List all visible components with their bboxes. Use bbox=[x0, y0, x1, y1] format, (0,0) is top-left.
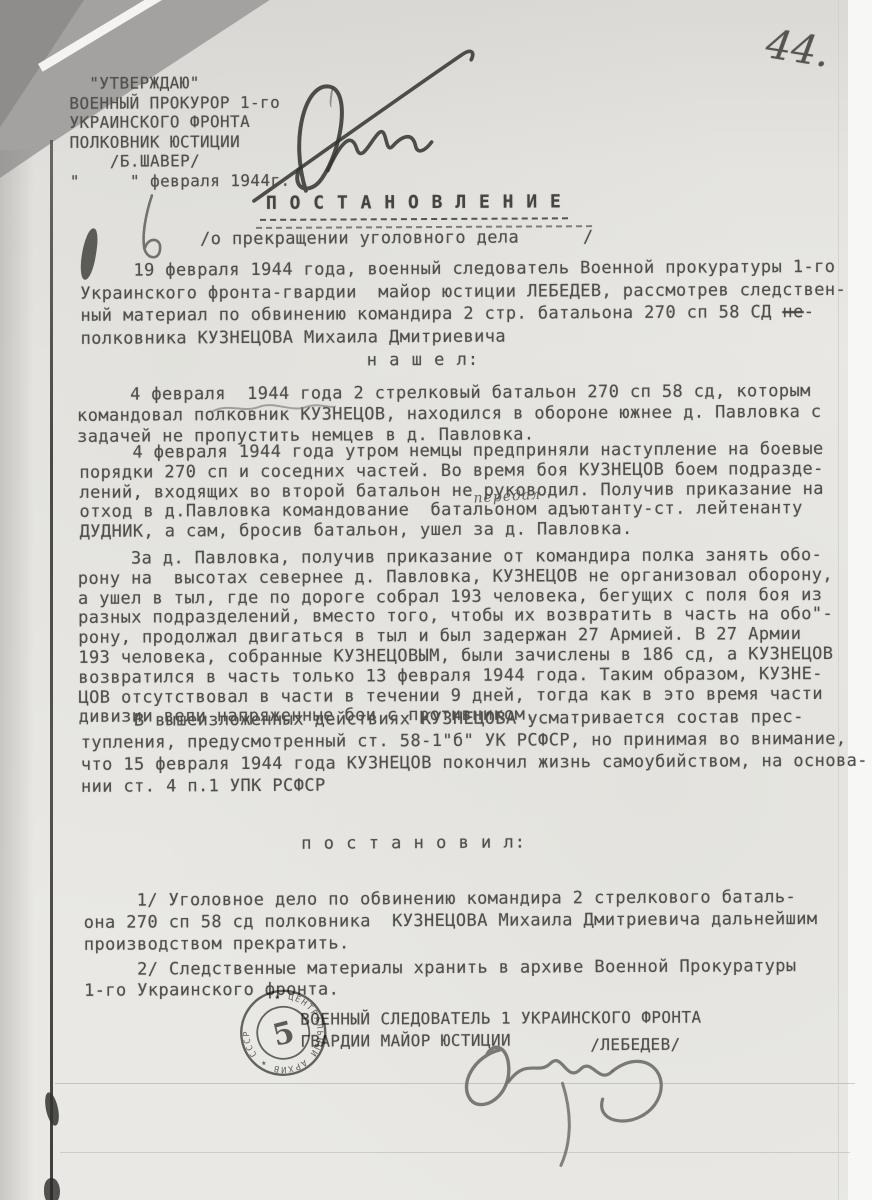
paragraph-conclusion: В вышеизложенных действиях КУЗНЕЦОВА усм… bbox=[81, 706, 871, 798]
document-text-layer: "УТВЕРЖДАЮ" ВОЕННЫЙ ПРОКУРОР 1-го УКРАИН… bbox=[0, 0, 872, 1200]
resolution-item-1: 1/ Уголовное дело по обвинению командира… bbox=[84, 886, 864, 956]
investigator-signature bbox=[434, 996, 735, 1173]
heading-resolved: п о с т а н о в и л: bbox=[301, 833, 526, 855]
paragraph-defense: 4 февраля 1944 года 2 стрелковый батальо… bbox=[77, 381, 857, 448]
pencil-mark bbox=[128, 189, 174, 265]
pencil-squiggle bbox=[209, 399, 339, 418]
paragraph-intro: 19 февраля 1944 года, военный следовател… bbox=[80, 256, 860, 350]
document-title: П О С Т А Н О В Л Е Н И Е bbox=[260, 191, 568, 221]
paragraph-intro-pre: 19 февраля 1944 года, военный следовател… bbox=[80, 257, 846, 326]
scanned-document-page: 44. "УТВЕРЖДАЮ" ВОЕННЫЙ ПРОКУРОР 1-го УК… bbox=[0, 0, 872, 1200]
stamp-number: 5 bbox=[269, 1015, 298, 1054]
struck-word: не bbox=[782, 302, 803, 322]
resolution-item-2: 2/ Следственные материалы хранить в архи… bbox=[84, 956, 864, 1002]
heading-found: н а ш е л: bbox=[367, 350, 479, 372]
paragraph-battle: 4 февраля 1944 года утром немцы предприн… bbox=[79, 440, 860, 543]
document-subtitle: /о прекращении уголовного дела / bbox=[200, 227, 594, 250]
prosecutor-signature bbox=[235, 38, 486, 204]
paragraph-retreat: За д. Павловка, получив приказание от ко… bbox=[78, 546, 869, 728]
